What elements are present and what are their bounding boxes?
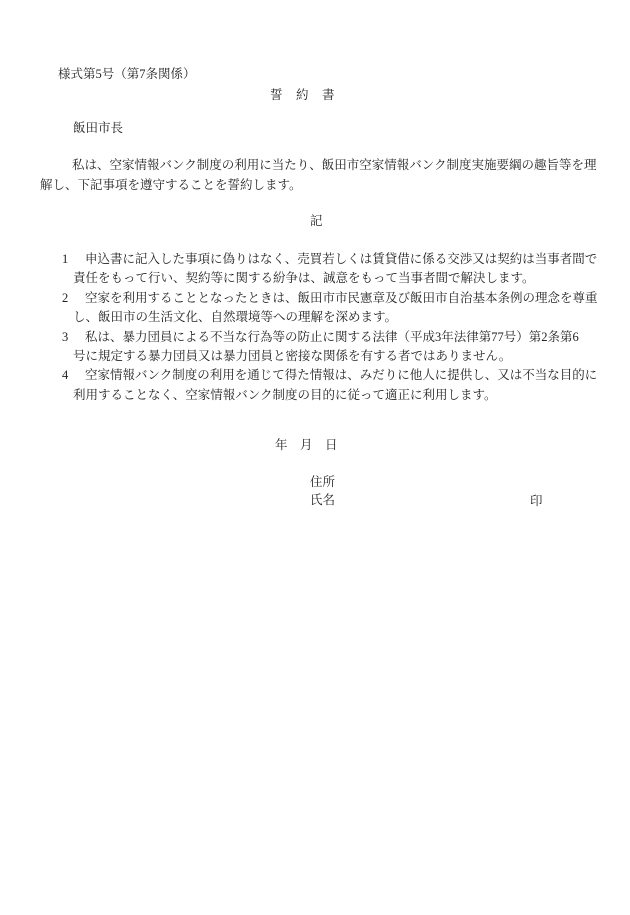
item-4-number: 4 (62, 368, 68, 383)
item-1-line-2: 責任をもって行い、契約等に関する紛争は、誠意をもって当事者間で解決します。 (73, 271, 535, 286)
item-1-line-1: 申込書に記入した事項に偽りはなく、売買若しくは賃貸借に係る交渉又は契約は当事者間… (85, 252, 597, 267)
item-3-number: 3 (62, 330, 68, 345)
intro-line-2: 解し、下記事項を遵守することを誓約します。 (40, 178, 302, 193)
item-4-line-2: 利用することなく、空家情報バンク制度の目的に従って適正に利用します。 (73, 388, 497, 403)
item-2-line-1: 空家を利用することとなったときは、飯田市市民憲章及び飯田市自治基本条例の理念を尊… (85, 291, 598, 306)
name-label: 氏名 (310, 493, 335, 508)
seal-mark-label: 印 (530, 494, 543, 509)
item-2-number: 2 (62, 291, 68, 306)
form-number: 様式第5号（第7条関係） (58, 67, 196, 82)
addressee-label: 飯田市長 (73, 121, 123, 136)
pledge-document-page: 様式第5号（第7条関係） 誓 約 書 飯田市長 私は、空家情報バンク制度の利用に… (0, 0, 630, 915)
address-label: 住所 (310, 475, 335, 490)
item-4-line-1: 空家情報バンク制度の利用を通じて得た情報は、みだりに他人に提供し、又は不当な目的… (85, 368, 597, 383)
date-placeholder-line: 年 月 日 (275, 438, 338, 453)
document-title: 誓 約 書 (270, 88, 335, 103)
intro-line-1: 私は、空家情報バンク制度の利用に当たり、飯田市空家情報バンク制度実施要綱の趣旨等… (72, 158, 597, 173)
item-3-line-2: 号に規定する暴力団員又は暴力団員と密接な関係を有する者ではありません。 (73, 349, 511, 364)
item-3-line-1: 私は、暴力団員による不当な行為等の防止に関する法律（平成3年法律第77号）第2条… (85, 330, 579, 345)
item-2-line-2: し、飯田市の生活文化、自然環境等への理解を深めます。 (73, 310, 397, 325)
item-1-number: 1 (62, 252, 68, 267)
list-heading: 記 (310, 214, 323, 229)
